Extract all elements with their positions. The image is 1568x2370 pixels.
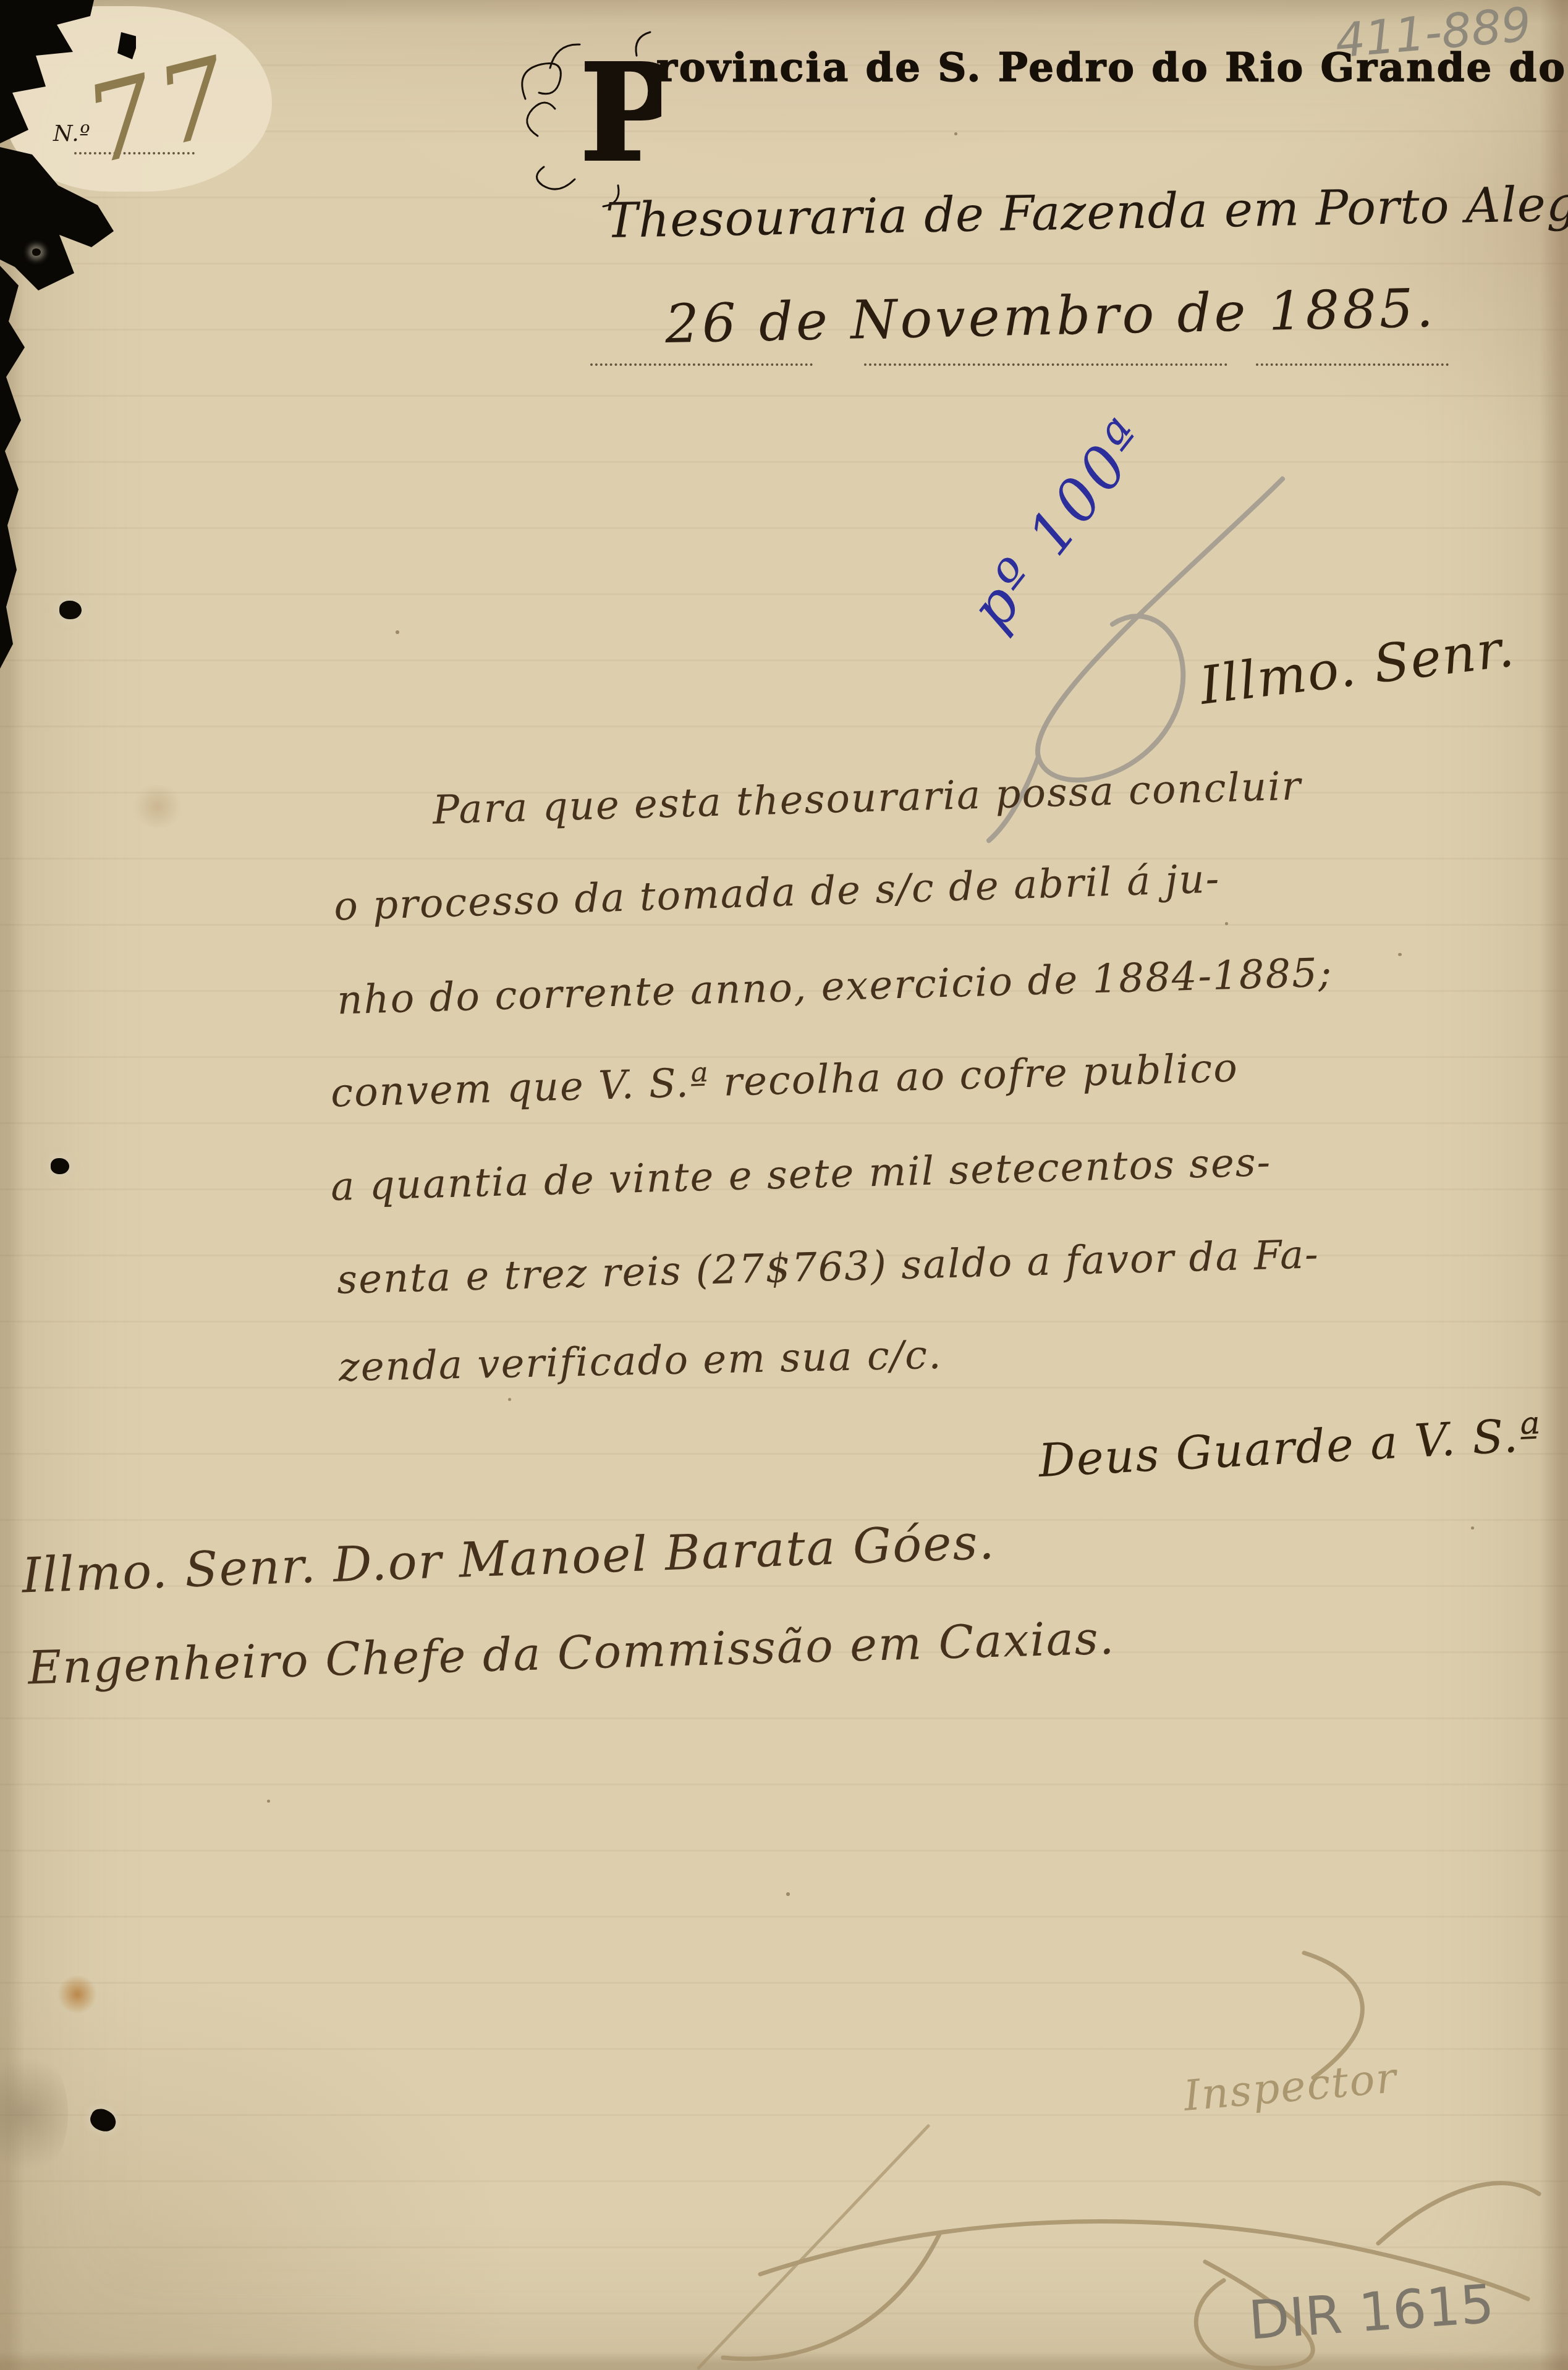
- valediction: Deus Guarde a V. S.ª: [1037, 1408, 1543, 1488]
- paper-speck: [508, 1398, 511, 1401]
- paper-speck: [786, 1892, 790, 1896]
- body-line: a quantia de vinte e sete mil setecentos…: [330, 1140, 1272, 1210]
- body-line: convem que V. S.ª recolha ao cofre publi…: [330, 1046, 1239, 1117]
- smudge-stain: [0, 2046, 68, 2182]
- letterhead-date-line: 26 de Novembro de 1885.: [636, 277, 1465, 356]
- wormhole: [51, 1158, 69, 1174]
- letterhead-title: rovincia de S. Pedro do Rio Grande do Su…: [656, 44, 1568, 91]
- body-line: zenda verificado em sua c/c.: [338, 1332, 943, 1390]
- svg-text:P: P: [580, 35, 661, 191]
- wormhole: [87, 2105, 119, 2135]
- number-field-label: N.º: [53, 121, 91, 146]
- body-line: senta e trez reis (27$763) saldo a favor…: [336, 1232, 1320, 1303]
- scanned-letter-page: N.º 77 411-889 P rovincia de S. Pedro do…: [0, 0, 1568, 2370]
- paper-speck: [396, 630, 399, 634]
- paper-speck: [267, 1800, 270, 1803]
- wormhole: [32, 248, 41, 256]
- body-line: o processo da tomada de s/c de abril á j…: [333, 856, 1221, 929]
- paper-speck: [1225, 922, 1228, 925]
- letterhead-office-line: Thesouraria de Fazenda em Porto Alegre,: [605, 177, 1520, 249]
- foxing-stain: [130, 785, 185, 828]
- date-dotted-line: [590, 363, 813, 366]
- paper-speck: [1471, 1526, 1474, 1530]
- date-dotted-line: [864, 363, 1227, 366]
- paper-speck: [954, 132, 957, 135]
- date-dotted-line: [1256, 363, 1449, 366]
- addressee-line-1: Illmo. Senr. D.or Manoel Barata Góes.: [21, 1515, 996, 1604]
- addressee-line-2: Engenheiro Chefe da Commissão em Caxias.: [27, 1611, 1116, 1695]
- paper-speck: [1398, 953, 1402, 956]
- wormhole: [59, 601, 82, 619]
- rust-stain: [57, 1975, 98, 2013]
- letterhead-ornate-initial: P: [513, 25, 661, 210]
- body-line: nho do corrente anno, exercicio de 1884-…: [336, 950, 1333, 1024]
